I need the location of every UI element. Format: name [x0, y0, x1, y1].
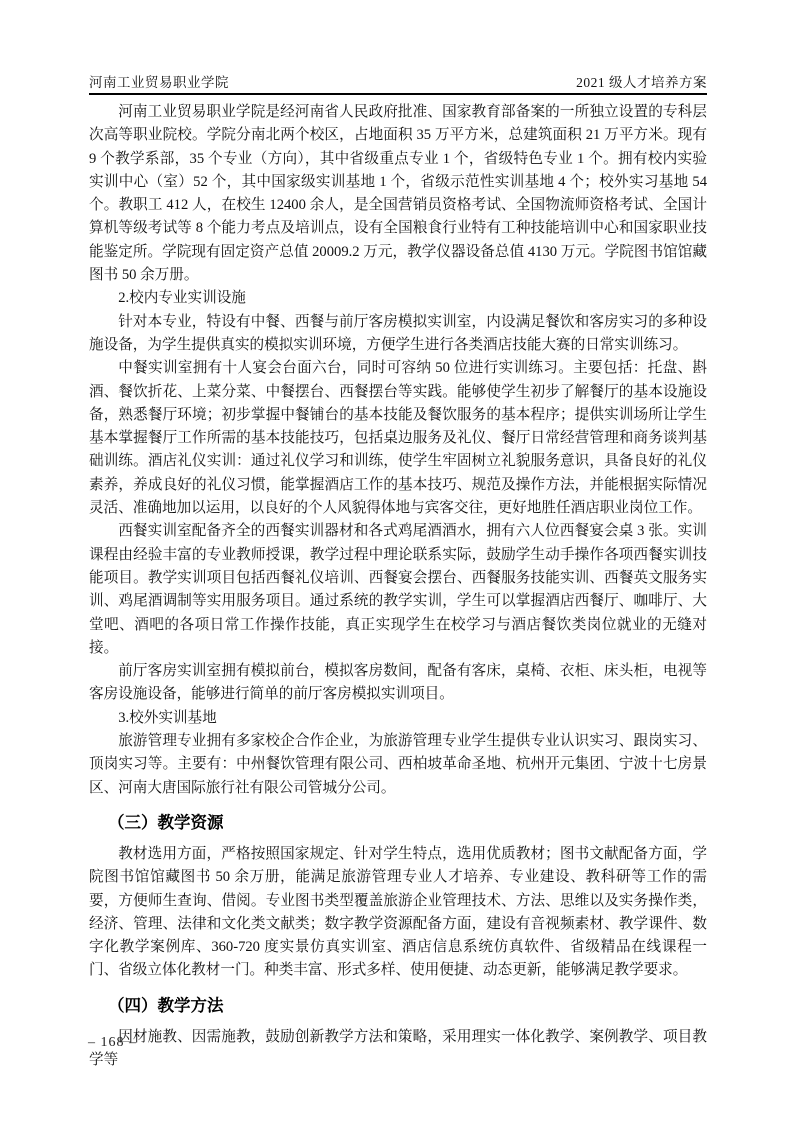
- paragraph: 2.校内专业实训设施: [89, 287, 707, 310]
- paragraph: 教材选用方面，严格按照国家规定、针对学生特点，选用优质教材；图书文献配备方面，学…: [89, 843, 707, 983]
- page-footer: – 168 –: [88, 1035, 137, 1051]
- paragraph: 3.校外实训基地: [89, 707, 707, 730]
- paragraph: 旅游管理专业拥有多家校企合作企业，为旅游管理专业学生提供专业认识实习、跟岗实习、…: [89, 730, 707, 800]
- paragraph: 中餐实训室拥有十人宴会台面六台，同时可容纳 50 位进行实训练习。主要包括：托盘…: [89, 357, 707, 520]
- paragraph: 针对本专业，特设有中餐、西餐与前厅客房模拟实训室，内设满足餐饮和客房实习的多种设…: [89, 311, 707, 358]
- header-doc-title: 2021 级人才培养方案: [576, 71, 707, 91]
- header-school-name: 河南工业贸易职业学院: [89, 71, 229, 91]
- page-number: – 168 –: [88, 1035, 137, 1050]
- paragraph: 前厅客房实训室拥有模拟前台，模拟客房数间，配备有客床，桌椅、衣柜、床头柜，电视等…: [89, 660, 707, 707]
- document-body: 河南工业贸易职业学院是经河南省人民政府批准、国家教育部备案的一所独立设置的专科层…: [89, 101, 707, 1072]
- document-page: 河南工业贸易职业学院 2021 级人才培养方案 河南工业贸易职业学院是经河南省人…: [0, 0, 793, 1122]
- paragraph: 因材施教、因需施教，鼓励创新教学方法和策略，采用理实一体化教学、案例教学、项目教…: [89, 1026, 707, 1073]
- page-header: 河南工业贸易职业学院 2021 级人才培养方案: [89, 71, 707, 91]
- paragraph: 河南工业贸易职业学院是经河南省人民政府批准、国家教育部备案的一所独立设置的专科层…: [89, 101, 707, 287]
- section-heading: （四）教学方法: [89, 994, 707, 1018]
- paragraph: 西餐实训室配备齐全的西餐实训器材和各式鸡尾酒酒水，拥有六人位西餐宴会桌 3 张。…: [89, 520, 707, 660]
- header-rule: [89, 93, 707, 95]
- section-heading: （三）教学资源: [89, 811, 707, 835]
